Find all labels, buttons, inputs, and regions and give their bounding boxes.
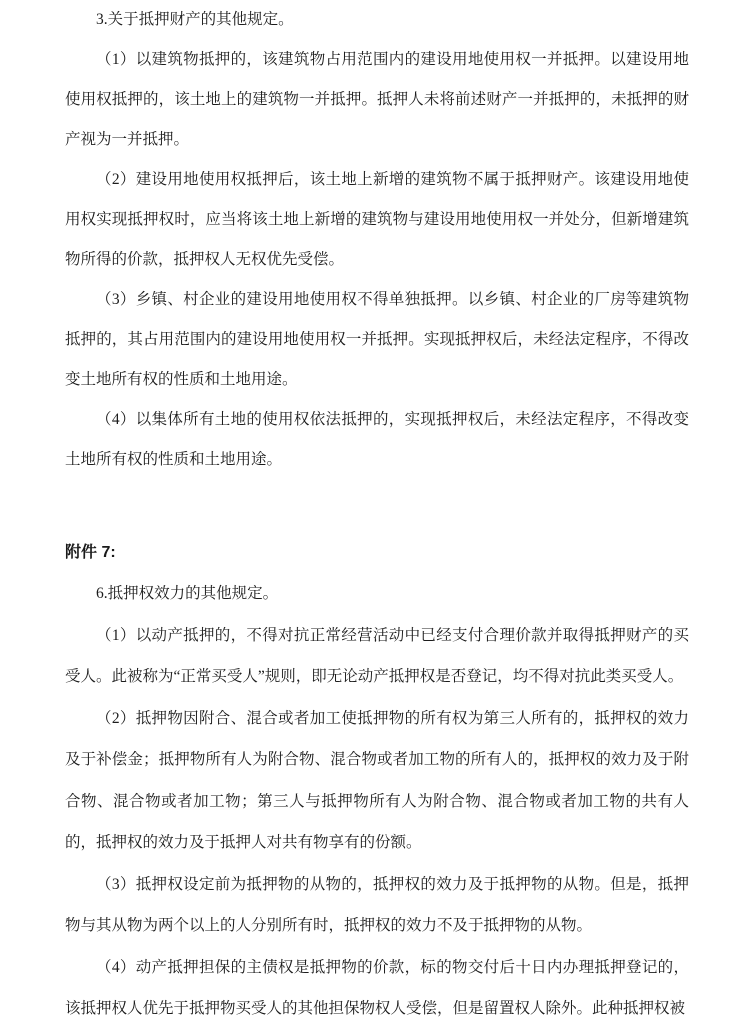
clause-paragraph-3: （3）抵押权设定前为抵押物的从物的，抵押权的效力及于抵押物的从物。但是，抵押物与… xyxy=(65,864,689,947)
clause-paragraph-2: （2）抵押物因附合、混合或者加工使抵押物的所有权为第三人所有的，抵押权的效力及于… xyxy=(65,698,689,864)
section-intro-paragraph: 6.抵押权效力的其他规定。 xyxy=(65,573,689,615)
document-page: 3.关于抵押财产的其他规定。 （1）以建筑物抵押的，该建筑物占用范围内的建设用地… xyxy=(0,0,753,1036)
clause-paragraph-1: （1）以建筑物抵押的，该建筑物占用范围内的建设用地使用权一并抵押。以建设用地使用… xyxy=(65,40,689,160)
clause-paragraph-4: （4）动产抵押担保的主债权是抵押物的价款，标的物交付后十日内办理抵押登记的，该抵… xyxy=(65,947,689,1030)
section-intro-paragraph: 3.关于抵押财产的其他规定。 xyxy=(65,0,689,40)
section-mortgage-property-rules: 3.关于抵押财产的其他规定。 （1）以建筑物抵押的，该建筑物占用范围内的建设用地… xyxy=(65,0,689,480)
clause-paragraph-1: （1）以动产抵押的，不得对抗正常经营活动中已经支付合理价款并取得抵押财产的买受人… xyxy=(65,615,689,698)
attachment-heading: 附件 7: xyxy=(65,533,689,573)
section-mortgage-effect-rules: 6.抵押权效力的其他规定。 （1）以动产抵押的，不得对抗正常经营活动中已经支付合… xyxy=(65,573,689,1030)
clause-paragraph-3: （3）乡镇、村企业的建设用地使用权不得单独抵押。以乡镇、村企业的厂房等建筑物抵押… xyxy=(65,280,689,400)
clause-paragraph-2: （2）建设用地使用权抵押后，该土地上新增的建筑物不属于抵押财产。该建设用地使用权… xyxy=(65,160,689,280)
clause-paragraph-4: （4）以集体所有土地的使用权依法抵押的，实现抵押权后，未经法定程序，不得改变土地… xyxy=(65,400,689,480)
